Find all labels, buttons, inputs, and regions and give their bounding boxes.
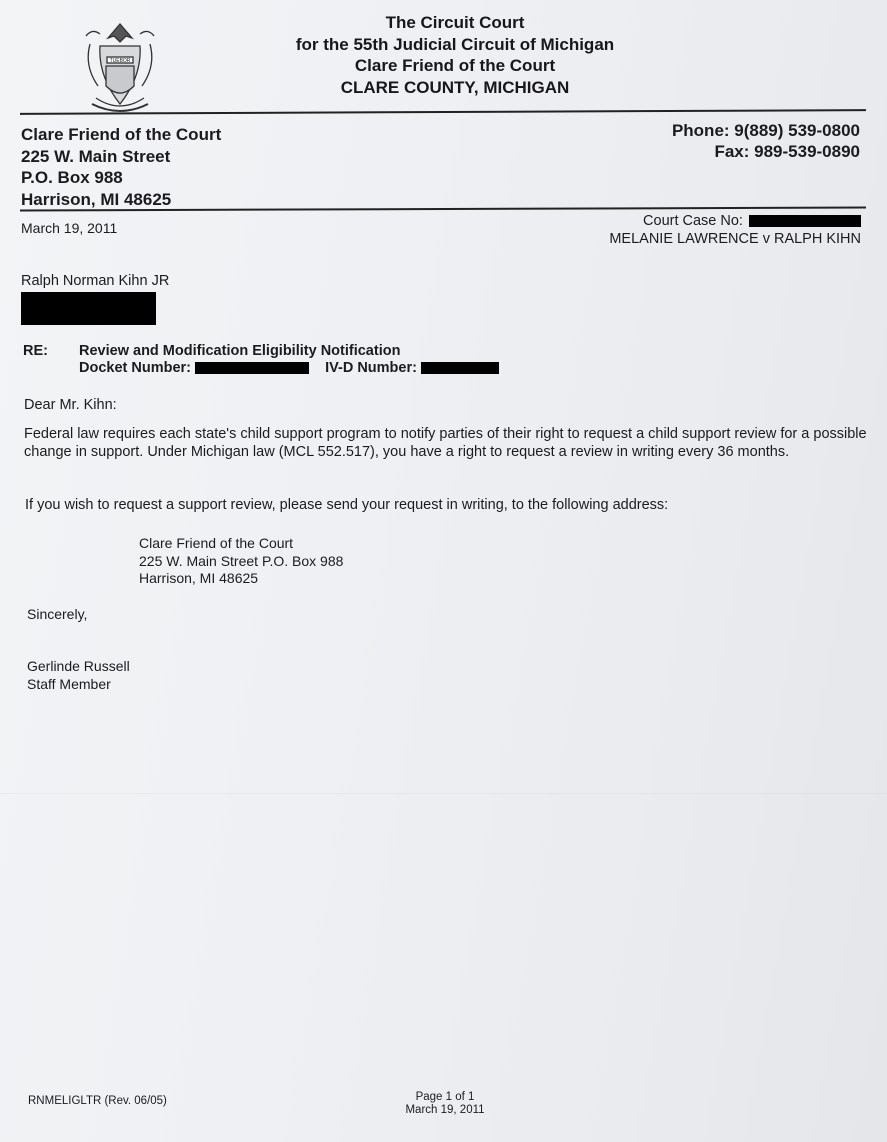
form-id: RNMELIGLTR (Rev. 06/05) [28, 1095, 167, 1107]
case-parties: MELANIE LAWRENCE v RALPH KIHN [609, 230, 861, 248]
county-name: CLARE COUNTY, MICHIGAN [230, 77, 680, 99]
closing: Sincerely, [27, 606, 87, 622]
office-address-line: P.O. Box 988 [21, 167, 221, 189]
recipient-address-redaction [21, 292, 156, 325]
mailing-address-line: 225 W. Main Street P.O. Box 988 [139, 553, 343, 571]
office-address-line: Harrison, MI 48625 [21, 189, 221, 211]
paper-fold [0, 793, 887, 794]
letterhead-title: The Circuit Court for the 55th Judicial … [230, 12, 680, 98]
docket-label: Docket Number: [79, 360, 191, 376]
recipient-name: Ralph Norman Kihn JR [21, 273, 169, 289]
circuit-name: for the 55th Judicial Circuit of Michiga… [230, 34, 680, 56]
recipient: Ralph Norman Kihn JR [21, 273, 169, 325]
svg-text:TUEBOR: TUEBOR [110, 58, 131, 64]
signature-block: Gerlinde Russell Staff Member [27, 658, 130, 693]
office-address-line: Clare Friend of the Court [21, 124, 221, 146]
mailing-address: Clare Friend of the Court 225 W. Main St… [139, 535, 343, 588]
court-case-redaction [749, 215, 861, 227]
phone-number: Phone: 9(889) 539-0800 [672, 120, 860, 141]
mailing-address-line: Harrison, MI 48625 [139, 570, 343, 588]
signer-name: Gerlinde Russell [27, 658, 130, 676]
letter-date: March 19, 2011 [21, 220, 117, 236]
ivd-redaction [421, 362, 499, 374]
re-label: RE: [23, 343, 48, 359]
court-case-label: Court Case No: [643, 213, 743, 229]
fax-number: Fax: 989-539-0890 [672, 141, 860, 162]
re-block: Review and Modification Eligibility Noti… [79, 343, 499, 376]
mailing-address-line: Clare Friend of the Court [139, 535, 343, 553]
docket-redaction [195, 362, 309, 374]
office-name: Clare Friend of the Court [230, 55, 680, 77]
signer-title: Staff Member [27, 676, 130, 694]
body-paragraph-1: Federal law requires each state's child … [24, 426, 869, 461]
page-number: Page 1 of 1 [390, 1091, 500, 1104]
michigan-state-seal-icon: TUEBOR [78, 16, 162, 116]
page-footer: Page 1 of 1 March 19, 2011 [390, 1091, 500, 1117]
court-name: The Circuit Court [230, 12, 680, 34]
ivd-label: IV-D Number: [325, 360, 417, 376]
case-info: Court Case No: MELANIE LAWRENCE v RALPH … [609, 212, 861, 248]
re-subject: Review and Modification Eligibility Noti… [79, 343, 499, 360]
office-address-line: 225 W. Main Street [21, 146, 221, 168]
footer-date: March 19, 2011 [390, 1104, 500, 1117]
body-paragraph-2: If you wish to request a support review,… [25, 497, 668, 513]
office-address: Clare Friend of the Court 225 W. Main St… [21, 124, 221, 210]
salutation: Dear Mr. Kihn: [24, 397, 117, 413]
office-contact: Phone: 9(889) 539-0800 Fax: 989-539-0890 [672, 120, 860, 162]
